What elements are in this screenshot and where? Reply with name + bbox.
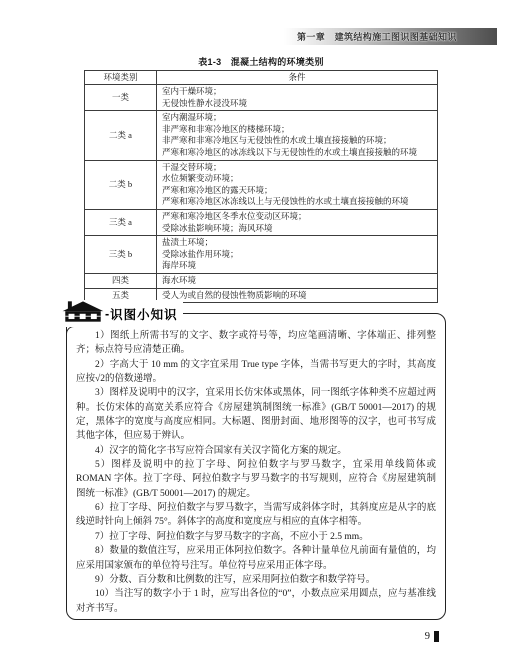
page-number: 9 [425,631,430,642]
table-header-row: 环境类别 条件 [85,71,438,85]
table-row: 二类 a 室内潮湿环境； 非严寒和非寒冷地区的楼梯环境； 非严寒和非寒冷地区与无… [85,111,438,160]
chapter-title: 第一章 建筑结构施工图识图基础知识 [284,30,457,43]
tip-item: 8）数量的数值注写，应采用正体阿拉伯数字。各种计量单位凡前面有量值的，均应采用国… [76,544,436,573]
category-cell: 二类 b [85,160,157,209]
condition-cell: 干湿交替环境； 水位频繁变动环境； 严寒和寒冷地区的露天环境； 严寒和寒冷地区冰… [157,160,438,209]
table-row: 三类 a 严寒和寒冷地区冬季水位变动区环境； 受除冰盐影响环境；海风环境 [85,209,438,235]
tips-title: 识图小知识 [110,305,178,323]
condition-cell: 室内干燥环境； 无侵蚀性静水浸没环境 [157,85,438,111]
table-row: 二类 b 干湿交替环境； 水位频繁变动环境； 严寒和寒冷地区的露天环境； 严寒和… [85,160,438,209]
condition-cell: 受人为或自然的侵蚀性物质影响的环境 [157,288,438,303]
page-number-bar [434,631,439,642]
tip-item: 2）字高大于 10 mm 的文字宜采用 True type 字体，当需书写更大的… [76,358,436,387]
col-header-condition: 条件 [157,71,438,85]
tip-item: 6）拉丁字母、阿拉伯数字与罗马数字，当需写成斜体字时，其斜度应是从字的底线逆时针… [76,501,436,530]
table-row: 三类 b 盐渍土环境； 受除冰盐作用环境； 海岸环境 [85,236,438,274]
tips-header: - 识图小知识 [62,300,183,327]
condition-cell: 严寒和寒冷地区冬季水位变动区环境； 受除冰盐影响环境；海风环境 [157,209,438,235]
chapter-header-bar: 第一章 建筑结构施工图识图基础知识 [284,28,497,45]
col-header-category: 环境类别 [85,71,157,85]
category-cell: 一类 [85,85,157,111]
condition-cell: 盐渍土环境； 受除冰盐作用环境； 海岸环境 [157,236,438,274]
tip-item: 3）图样及说明中的汉字，宜采用长仿宋体或黑体，同一图纸字体种类不应超过两种。长仿… [76,386,436,443]
category-cell: 二类 a [85,111,157,160]
table-row: 一类 室内干燥环境； 无侵蚀性静水浸没环境 [85,85,438,111]
tip-item: 9）分数、百分数和比例数的注写，应采用阿拉伯数字和数学符号。 [76,573,436,587]
condition-cell: 室内潮湿环境； 非严寒和非寒冷地区的楼梯环境； 非严寒和非寒冷地区与无侵蚀性的水… [157,111,438,160]
category-cell: 三类 b [85,236,157,274]
tip-item: 7）拉丁字母、阿拉伯数字与罗马数字的字高，不应小于 2.5 mm。 [76,530,436,544]
tips-box: 1）图纸上所需书写的文字、数字或符号等，均应笔画清晰、字体端正、排列整齐；标点符… [66,313,446,620]
page-footer: 9 [425,631,439,642]
tip-item: 1）图纸上所需书写的文字、数字或符号等，均应笔画清晰、字体端正、排列整齐；标点符… [76,329,436,358]
category-cell: 四类 [85,273,157,288]
tip-item: 4）汉字的简化字书写应符合国家有关汉字简化方案的规定。 [76,444,436,458]
table-row: 四类 海水环境 [85,273,438,288]
environment-category-table: 环境类别 条件 一类 室内干燥环境； 无侵蚀性静水浸没环境 二类 a 室内潮湿环… [84,70,438,303]
table-caption: 表1-3 混凝土结构的环境类别 [84,55,438,68]
tip-item: 5）图样及说明中的拉丁字母、阿拉伯数字与罗马数字，宜采用单线简体或 ROMAN … [76,458,436,501]
book-page: 第一章 建筑结构施工图识图基础知识 表1-3 混凝土结构的环境类别 环境类别 条… [0,0,510,668]
house-icon [62,300,104,328]
tip-item: 10）当注写的数字小于 1 时，应写出各位的“0”，小数点应采用圆点，应与基准线… [76,587,436,616]
tips-body: 1）图纸上所需书写的文字、数字或符号等，均应笔画清晰、字体端正、排列整齐；标点符… [67,314,445,619]
category-cell: 三类 a [85,209,157,235]
condition-cell: 海水环境 [157,273,438,288]
